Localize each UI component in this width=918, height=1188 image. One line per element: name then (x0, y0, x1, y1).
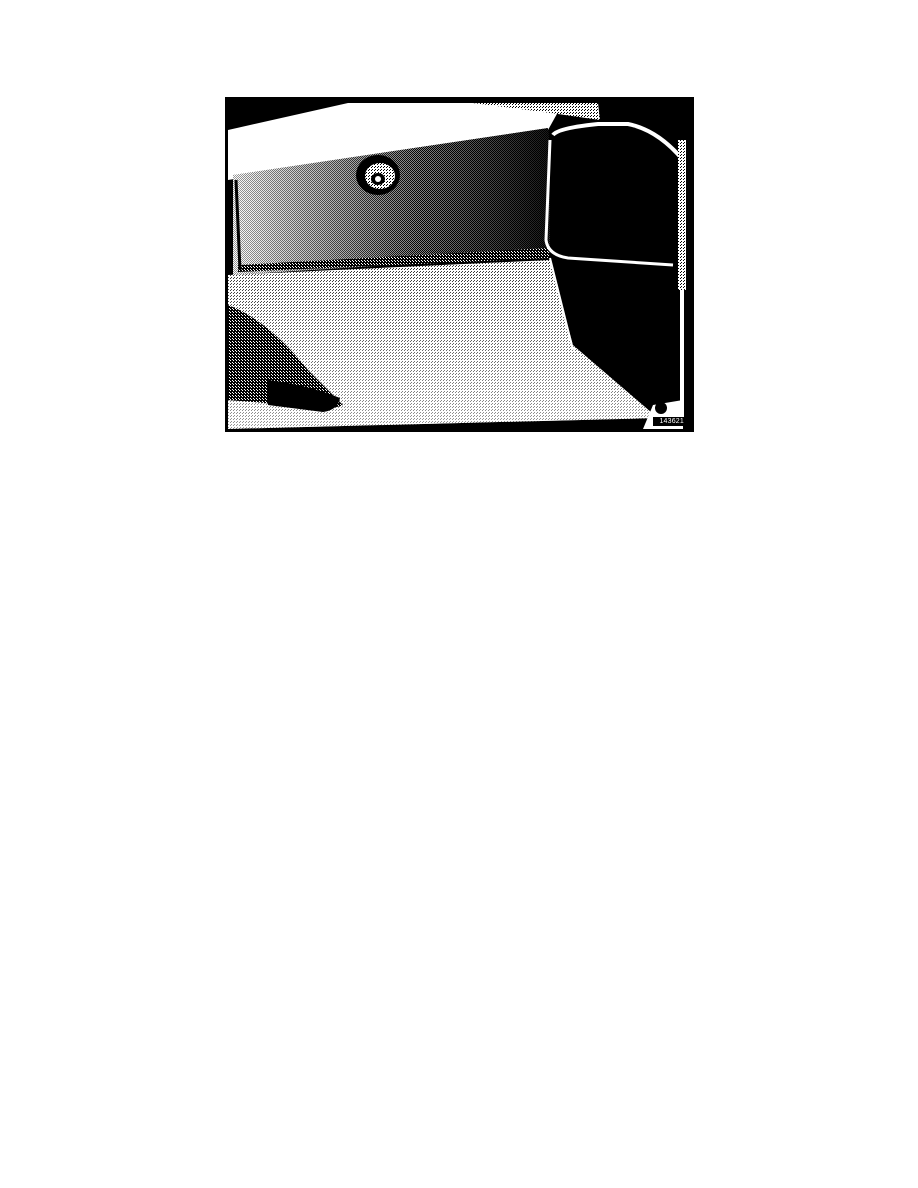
figure-label: 143621 (653, 417, 687, 426)
figure-photo: 143621 (225, 97, 694, 432)
photo-illustration (228, 100, 691, 429)
document-page: 143621 (0, 0, 918, 1188)
